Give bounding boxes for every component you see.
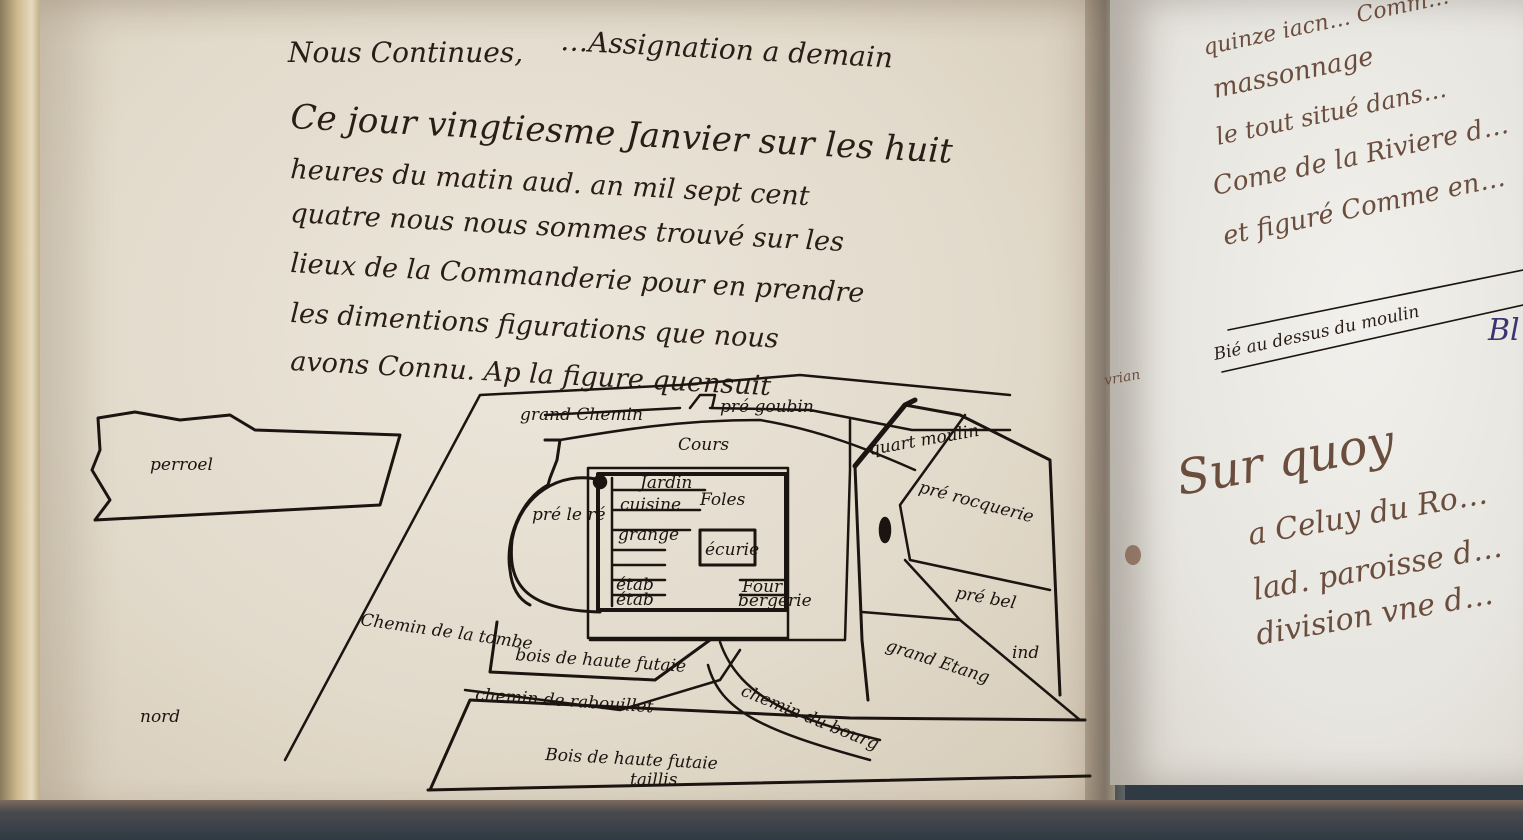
map-label-room: Foles	[699, 490, 746, 510]
map-label-bois-small: bois de haute futaie	[515, 645, 687, 677]
map-label-chemin-bottom: chemin de rabouillet	[475, 685, 654, 717]
map-label-room: écurie	[705, 540, 759, 560]
left-page-text: …Assignation a demain Nous Continues, Ce…	[287, 24, 954, 402]
map-label-room: cuisine	[620, 495, 681, 515]
text-line: les dimentions figurations que nous	[290, 298, 780, 355]
map-label-pre-rocquerie: pré rocquerie	[917, 478, 1036, 528]
map-label-chemin-left: Chemin de la tombe	[359, 610, 533, 654]
map-label-room: grange	[618, 525, 679, 545]
map-label-room: bergerie	[738, 591, 812, 611]
map-label-room: Jardin	[637, 473, 692, 493]
map-label-pre-le-re: pré le ré	[532, 505, 606, 525]
manuscript-photo: …Assignation a demain Nous Continues, Ce…	[0, 0, 1523, 840]
text-line: avons Connu. Ap la figure quensuit	[290, 346, 772, 402]
map-labels: perroel grand Chemin pré goubin Cours pr…	[140, 397, 1039, 790]
map-label-cours: Cours	[678, 435, 729, 455]
map-label-pre-goubin: pré goubin	[720, 397, 814, 417]
map-label-nord: nord	[140, 707, 180, 727]
map-label-room: étab	[616, 590, 654, 610]
text-line: Sur quoy	[1172, 413, 1399, 506]
ink-layer: …Assignation a demain Nous Continues, Ce…	[0, 0, 1523, 840]
ink-blot	[1125, 545, 1141, 565]
map-label-box: perroel	[150, 455, 213, 475]
margin-mark: Bl	[1487, 313, 1520, 348]
svg-text:Bié au dessus du moulin: Bié au dessus du moulin	[1211, 302, 1421, 365]
map-label-ind: ind	[1012, 643, 1039, 663]
right-page-text: quinze iacn… Comm… massonnage le tout si…	[1103, 0, 1523, 653]
text-line: Nous Continues,	[287, 36, 523, 69]
map-label-pre-bel: pré bel	[954, 583, 1017, 613]
boxed-heading: Bié au dessus du moulin	[1211, 270, 1523, 372]
text-line: …Assignation a demain	[560, 24, 894, 74]
margin-word: vrian	[1103, 367, 1142, 389]
map-label-grand-chemin: grand Chemin	[520, 405, 643, 425]
text-line: lieux de la Commanderie pour en prendre	[290, 248, 866, 309]
map-label-bois-sub: taillis	[630, 770, 678, 790]
map-label-grand-etang: grand Etang	[883, 636, 992, 688]
